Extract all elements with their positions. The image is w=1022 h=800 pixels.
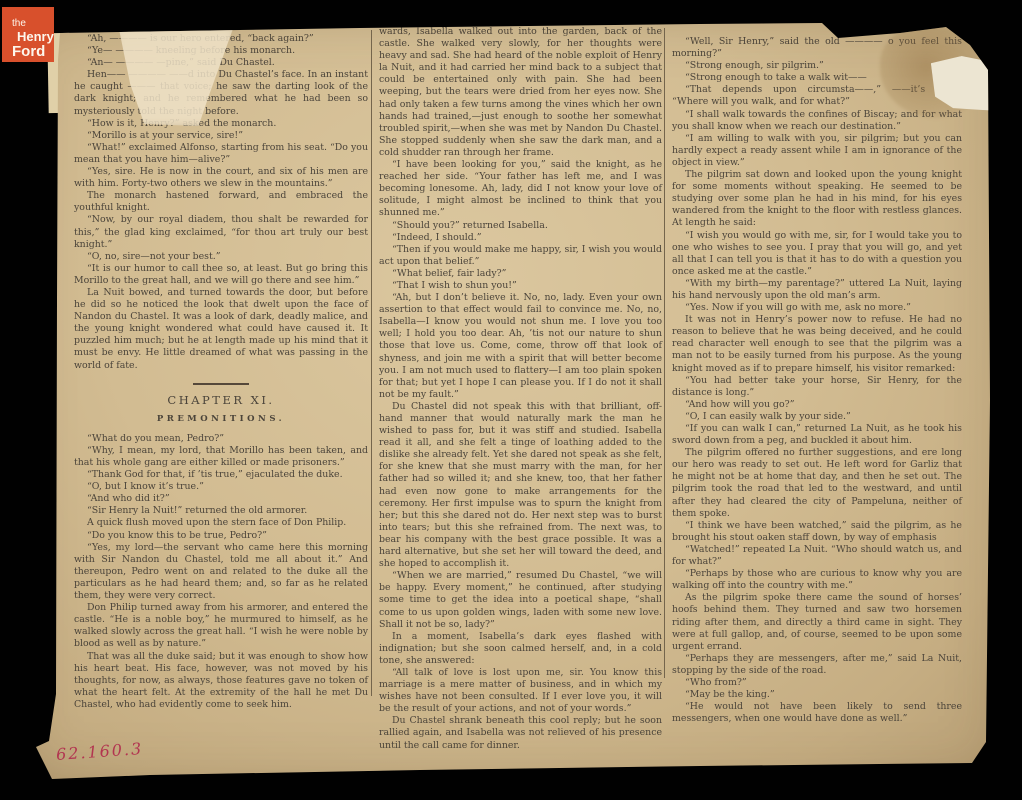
paragraph: Du Chastel shrank beneath this cool repl… — [379, 715, 662, 751]
paragraph: Don Philip turned away from his armorer,… — [74, 602, 368, 650]
paragraph: “Perhaps they are messengers, after me,”… — [672, 653, 962, 677]
paragraph: “Watched!” repeated La Nuit. “Who should… — [672, 544, 962, 568]
logo-word-the: the — [12, 19, 26, 29]
column-3: “Well, Sir Henry,” said the old ———— o y… — [672, 36, 962, 725]
paragraph: “He would not have been likely to send t… — [672, 701, 962, 725]
logo-word-ford: Ford — [12, 44, 45, 59]
paragraph: That was all the duke said; but it was e… — [74, 651, 368, 711]
henry-ford-logo: the Henry Ford — [2, 7, 54, 62]
paragraph: “I have been looking for you,” said the … — [379, 159, 662, 219]
paragraph: The pilgrim offered no further suggestio… — [672, 447, 962, 520]
column-3-paragraphs: “Well, Sir Henry,” said the old ———— o y… — [672, 36, 962, 725]
column-1-top-paragraphs: “Ah, ———— is our hero entered, “back aga… — [74, 33, 368, 372]
column-2: wards, Isabella walked out into the gard… — [379, 26, 662, 752]
paragraph: “All talk of love is lost upon me, sir. … — [379, 667, 662, 715]
column-1-bottom-paragraphs: “What do you mean, Pedro?”“Why, I mean, … — [74, 433, 368, 711]
scan-background: the Henry Ford “Ah, ———— is our hero ent… — [0, 0, 1022, 800]
paragraph: “Yes, my lord—the servant who came here … — [74, 542, 368, 602]
paragraph: “Do you know this to be true, Pedro?” — [74, 530, 368, 542]
paragraph: wards, Isabella walked out into the gard… — [379, 26, 662, 159]
paragraph: “With my birth—my parentage?” uttered La… — [672, 278, 962, 302]
paragraph: In a moment, Isabella’s dark eyes flashe… — [379, 631, 662, 667]
paragraph: “Sir Henry la Nuit!” returned the old ar… — [74, 505, 368, 517]
column-2-paragraphs: wards, Isabella walked out into the gard… — [379, 26, 662, 752]
paragraph: “Thank God for that, if ’tis true,” ejac… — [74, 469, 368, 481]
logo-word-henry: Henry — [17, 30, 54, 43]
paragraph: Du Chastel did not speak this with that … — [379, 401, 662, 570]
paragraph: “If you can walk I can,” returned La Nui… — [672, 423, 962, 447]
paragraph: “That I wish to shun you!” — [379, 280, 662, 292]
paragraph: La Nuit bowed, and turned towards the do… — [74, 287, 368, 372]
column-divider-1 — [371, 30, 372, 696]
paragraph: “May be the king.” — [672, 689, 962, 701]
paragraph: “Morillo is at your service, sire!” — [74, 130, 368, 142]
paragraph: “How is it, Henry?” asked the monarch. — [74, 118, 368, 130]
paragraph: “What!” exclaimed Alfonso, starting from… — [74, 142, 368, 166]
paragraph: “It is our humor to call thee so, at lea… — [74, 263, 368, 287]
paragraph: “Then if you would make me happy, sir, I… — [379, 244, 662, 268]
column-divider-2 — [664, 28, 665, 678]
paragraph: “Why, I mean, my lord, that Morillo has … — [74, 445, 368, 469]
paragraph: A quick flush moved upon the stern face … — [74, 517, 368, 529]
paragraph: “Who from?” — [672, 677, 962, 689]
paragraph: “And how will you go?” — [672, 399, 962, 411]
paragraph: “Now, by our royal diadem, thou shalt be… — [74, 214, 368, 250]
paragraph: “I think we have been watched,” said the… — [672, 520, 962, 544]
paragraph: “What do you mean, Pedro?” — [74, 433, 368, 445]
paragraph: “O, no, sire—not your best.” — [74, 251, 368, 263]
column-1: “Ah, ———— is our hero entered, “back aga… — [74, 33, 368, 711]
accession-number: 62.160.3 — [55, 739, 143, 764]
chapter-rule — [193, 383, 249, 385]
paragraph: “O, but I know it’s true.” — [74, 481, 368, 493]
paragraph: “O, I can easily walk by your side.” — [672, 411, 962, 423]
paragraph: The pilgrim sat down and looked upon the… — [672, 169, 962, 229]
paragraph: Hen—— ———— ——d into Du Chastel’s face. I… — [74, 69, 368, 117]
paragraph: The monarch hastened forward, and embrac… — [74, 190, 368, 214]
paragraph: It was not in Henry’s power now to refus… — [672, 314, 962, 374]
paragraph: “Ah, but I don’t believe it. No, no, lad… — [379, 292, 662, 401]
paragraph: “Yes, sire. He is now in the court, and … — [74, 166, 368, 190]
paragraph: “I am willing to walk with you, sir pilg… — [672, 133, 962, 169]
paragraph: “What belief, fair lady?” — [379, 268, 662, 280]
paragraph: “Indeed, I should.” — [379, 232, 662, 244]
paragraph: “Should you?” returned Isabella. — [379, 220, 662, 232]
paragraph: “Yes. Now if you will go with me, ask no… — [672, 302, 962, 314]
newspaper-clipping: “Ah, ———— is our hero entered, “back aga… — [0, 0, 1022, 800]
paragraph: “And who did it?” — [74, 493, 368, 505]
paragraph: “You had better take your horse, Sir Hen… — [672, 375, 962, 399]
paragraph: “When we are married,” resumed Du Chaste… — [379, 570, 662, 630]
chapter-heading: CHAPTER XI. — [74, 394, 368, 406]
paragraph: “Perhaps by those who are curious to kno… — [672, 568, 962, 592]
chapter-subheading: PREMONITIONS. — [74, 413, 368, 425]
paragraph: “I wish you would go with me, sir, for I… — [672, 230, 962, 278]
paragraph: As the pilgrim spoke there came the soun… — [672, 592, 962, 652]
